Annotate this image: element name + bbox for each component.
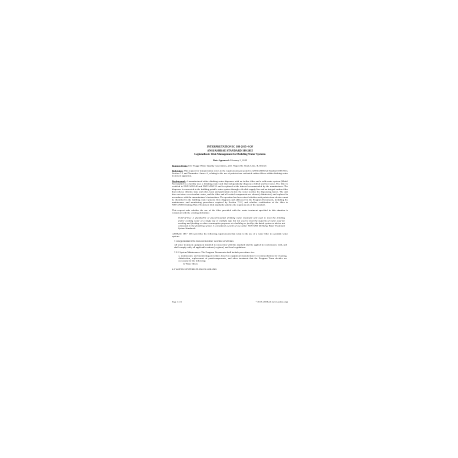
section-7-quote: 7. REQUIREMENTS FOR BUILDING WATER SYSTE… — [172, 240, 288, 251]
document-preview-canvas: INTERPRETATION IC 188-2015-4 OF ANSI/ASH… — [0, 0, 458, 458]
request-from-text: Eric Yeggy (Water Quality Association, 4… — [188, 164, 266, 167]
interpretation-question: This request asks whether the use of the… — [172, 209, 288, 214]
page-number: Page 1 of 2 — [172, 301, 182, 304]
section-722-item-a: a. maintenance and monitoring procedures… — [179, 254, 288, 262]
provides-paragraph: ASHRAE 188 - 2015 provides the following… — [172, 233, 288, 238]
section-722-item-a1: 1) Water filters — [183, 263, 288, 266]
title-line-3: Legionellosis: Risk Management for Build… — [172, 153, 288, 157]
document-title: INTERPRETATION IC 188-2015-4 OF ANSI/ASH… — [172, 145, 288, 156]
section-7-body: All water treatment equipment installed … — [174, 243, 287, 248]
section-722-quote: 7.2.2 System Maintenance: The Program Do… — [172, 251, 288, 268]
flow-diagrams-heading: 6.2 WATER SYSTEMS FLOW DIAGRAMS — [172, 268, 288, 271]
request-from-line: Request From: Eric Yeggy (Water Quality … — [172, 164, 288, 167]
point-of-use-definition: Point-of-Use: A plumbed-in or faucet-mou… — [178, 217, 285, 230]
background-text: A manufactured office drinking water dis… — [172, 180, 288, 207]
page-footer: Page 1 of 2 ©2019 ASHRAE (www.ashrae.org… — [172, 301, 288, 304]
date-approved-line: Date Approved: February 2, 2019 — [172, 159, 288, 162]
request-from-label: Request From: — [172, 164, 188, 167]
copyright-notice: ©2019 ASHRAE (www.ashrae.org) — [256, 301, 288, 304]
date-approved-label: Date Approved: — [213, 159, 230, 162]
reference-text: This request for interpretation refers t… — [172, 169, 288, 177]
background-paragraph: Background: A manufactured office drinki… — [172, 180, 288, 206]
reference-paragraph: Reference: This request for interpretati… — [172, 170, 288, 178]
date-approved-value: February 2, 2019 — [230, 159, 247, 162]
document-page: INTERPRETATION IC 188-2015-4 OF ANSI/ASH… — [172, 145, 288, 303]
